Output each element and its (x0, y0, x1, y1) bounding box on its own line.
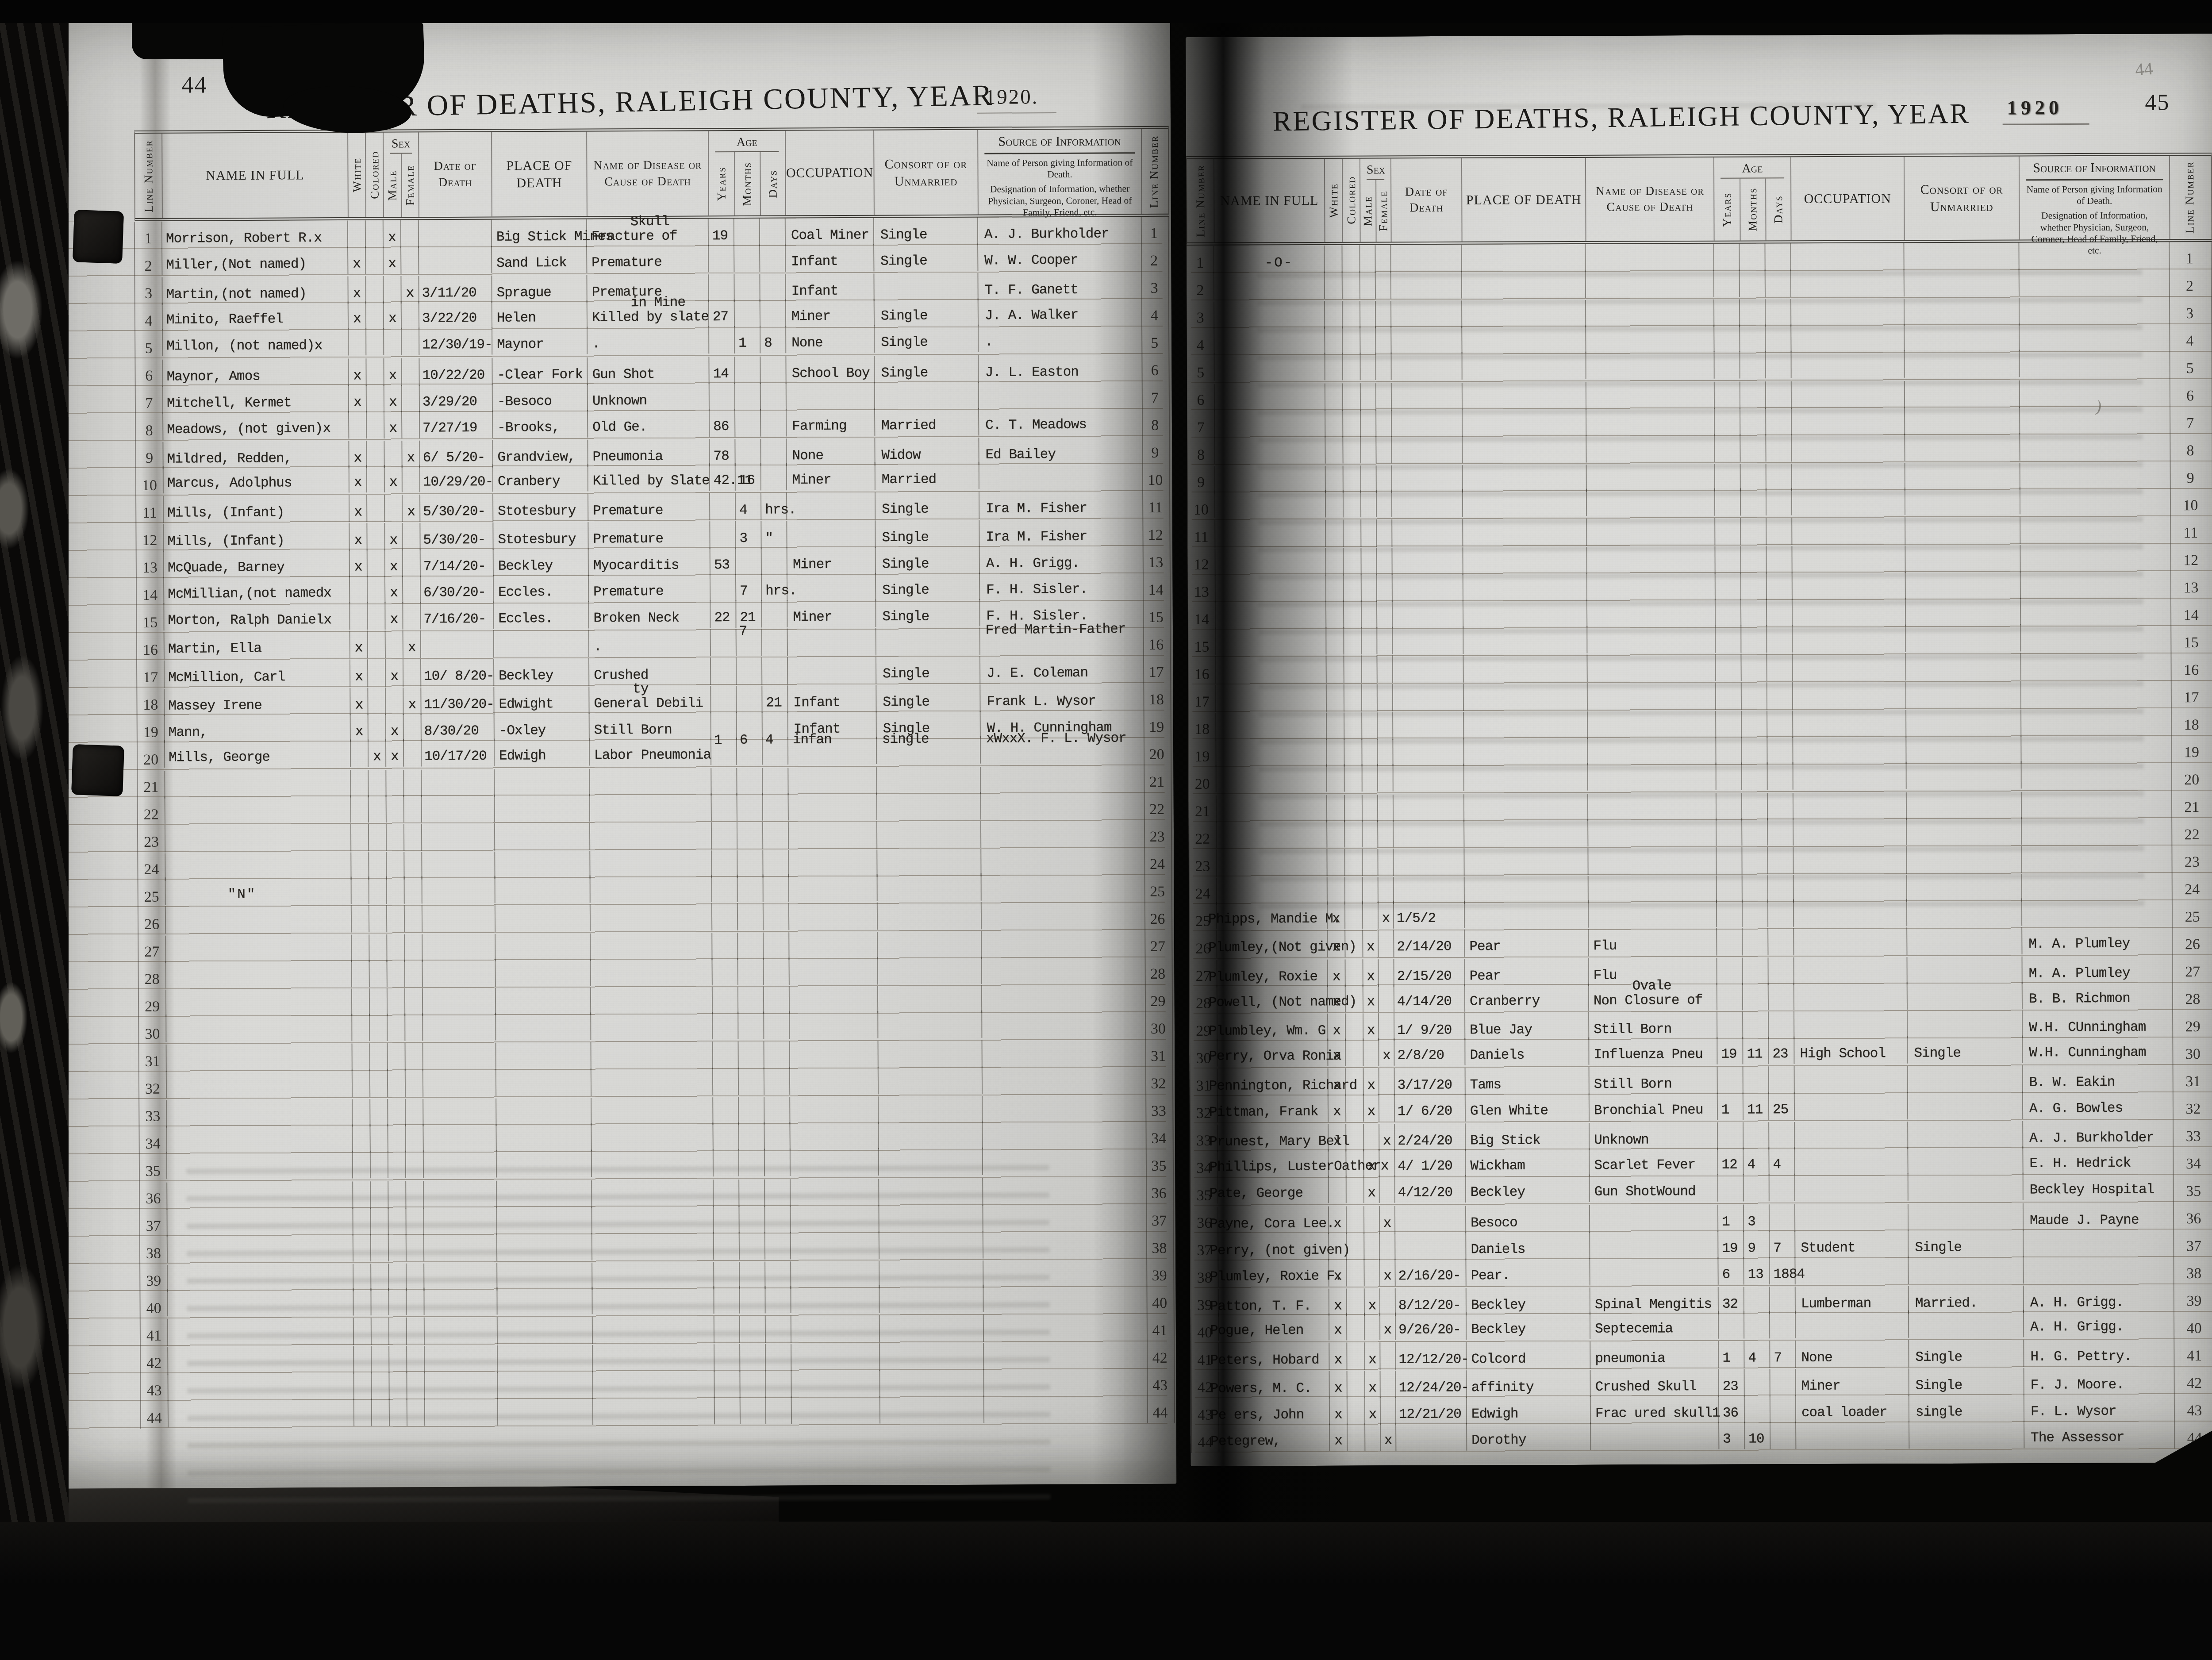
cell-consort: Single (873, 243, 977, 272)
cell-colored-mark (370, 1234, 388, 1261)
cell-male-mark: x (383, 220, 400, 248)
cell-female-mark (1376, 627, 1392, 654)
cell-date-of-death: 12/30/19- (419, 327, 492, 355)
col-occupation: OCCUPATION (1790, 157, 1904, 240)
cell-name (1214, 436, 1325, 464)
cell-place-of-death (1461, 244, 1585, 272)
cell-white-mark (1324, 271, 1342, 299)
cell-occupation (1793, 846, 1906, 874)
cell-line-number: 6 (135, 359, 162, 386)
cell-date-of-death (423, 1233, 496, 1261)
cell-age-months (734, 439, 760, 466)
cell-age-days (1770, 1422, 1795, 1449)
cell-date-of-death: 7/16/20- (420, 602, 493, 630)
cell-occupation: Infant (785, 273, 873, 301)
cell-age-years (1714, 488, 1740, 516)
cell-age-years: 1 (1717, 1092, 1743, 1120)
cell-date-of-death (424, 1398, 497, 1426)
cell-line-number: 4 (1187, 328, 1214, 356)
cell-female-mark (406, 1288, 423, 1315)
cell-date-of-death (422, 876, 495, 904)
cell-age-days (764, 1097, 789, 1124)
cell-age-months: 13 (1743, 1257, 1769, 1284)
cell-cause-of-death: Frac ured skull1 (1590, 1396, 1718, 1424)
cell-age-days (760, 409, 786, 436)
cell-consort (1904, 380, 2019, 408)
cell-age-years (710, 738, 736, 765)
cell-consort (1906, 792, 2021, 820)
cell-date-of-death (418, 246, 491, 274)
cell-age-months (1741, 711, 1767, 738)
cell-age-years (1715, 683, 1741, 710)
cell-date-of-death: 8/12/20- (1395, 1288, 1466, 1316)
cell-date-of-death (422, 1124, 495, 1152)
cell-line-number-right: 20 (2171, 763, 2212, 790)
cell-source-of-information (2019, 406, 2170, 434)
cell-cause-of-death (1586, 434, 1714, 462)
page-title: REGISTER OF DEATHS, RALEIGH COUNTY, YEAR (1272, 97, 1970, 138)
cell-male-mark: x (384, 576, 402, 603)
cell-consort (877, 1040, 981, 1068)
cell-female-mark (406, 1318, 424, 1345)
cell-age-months (736, 657, 761, 685)
cell-date-of-death: 3/22/20 (419, 301, 492, 329)
cell-cause-of-death: Septecemia (1590, 1311, 1718, 1339)
cell-age-months (736, 793, 762, 821)
cell-female-mark (403, 795, 421, 822)
cell-white-mark (351, 960, 369, 987)
cell-age-years (712, 987, 737, 1014)
cell-male-mark (387, 988, 404, 1016)
cell-date-of-death (1391, 489, 1462, 517)
cell-consort (1903, 242, 2018, 270)
cell-line-number-right: 15 (2170, 626, 2211, 653)
cell-colored-mark (1345, 1094, 1363, 1122)
table-header: Line Number NAME IN FULL White Colored S… (134, 126, 1169, 221)
cell-name: McMillian,(not namedx (163, 576, 349, 604)
col-colored: Colored (1342, 159, 1360, 242)
cell-white-mark (1326, 765, 1344, 792)
cell-cause-of-death: Premature (588, 574, 710, 602)
cell-age-years (1714, 464, 1740, 492)
cell-age-days (763, 957, 788, 985)
cell-colored-mark (1345, 1149, 1363, 1176)
register-row-41: 41Peters, Hobardxx12/12/20-Colcordpneumo… (1191, 1339, 2212, 1371)
cell-cause-of-death: Gun ShotWound (1589, 1174, 1717, 1202)
cell-white-mark (1324, 301, 1342, 328)
cell-line-number-right: 1 (1141, 216, 1166, 244)
cell-place-of-death: -Brooks, (492, 410, 587, 438)
cell-colored-mark (1343, 574, 1361, 602)
cell-colored-mark (366, 411, 384, 438)
cell-white-mark: x (349, 630, 367, 658)
cell-male-mark (1359, 301, 1375, 328)
cell-cause-of-death (590, 933, 711, 961)
col-place-of-death: PLACE OF DEATH (1461, 158, 1586, 242)
cell-colored-mark (368, 852, 386, 880)
cell-female-mark (1375, 271, 1390, 299)
cell-female-mark (406, 1372, 424, 1400)
cell-name: Mitchell, Kermet (162, 385, 348, 414)
cell-source-of-information: Ira M. Fisher (979, 519, 1142, 547)
cell-age-years (1716, 818, 1741, 845)
cell-line-number: 11 (1188, 520, 1214, 548)
cell-colored-mark (366, 385, 384, 412)
cell-white-mark: x (348, 441, 366, 468)
cell-occupation (1792, 572, 1905, 600)
cell-male-mark: x (1362, 930, 1378, 957)
cell-consort (1906, 761, 2021, 789)
cell-male-mark: x (1364, 1342, 1379, 1370)
cell-line-number-right: 8 (2170, 434, 2210, 461)
cell-white-mark (352, 1069, 369, 1097)
cell-age-years (711, 903, 737, 930)
cell-source-of-information (982, 1147, 1146, 1175)
cell-age-days (1766, 546, 1791, 573)
cell-age-years (712, 1097, 738, 1125)
cell-colored-mark (1346, 1313, 1364, 1340)
cell-consort (1907, 1121, 2022, 1149)
cell-occupation (789, 1041, 877, 1068)
cell-cause-of-death: Labor Pneumonia (589, 738, 710, 766)
col-days: Days (1765, 178, 1791, 240)
cell-date-of-death (424, 1317, 497, 1345)
cell-white-mark (1325, 600, 1343, 628)
register-row-28: 28Powell, (Not named)xx4/14/20CranberryN… (1190, 982, 2212, 1014)
cell-consort (877, 902, 981, 930)
cell-source-of-information (978, 381, 1142, 409)
cell-male-mark (387, 1099, 405, 1126)
cell-place-of-death (1463, 654, 1586, 683)
col-white: White (1324, 159, 1342, 242)
cell-colored-mark (1344, 764, 1362, 792)
cell-consort (873, 273, 977, 301)
cell-age-days (759, 274, 785, 301)
cell-colored-mark (365, 328, 383, 355)
cell-white-mark: x (1327, 930, 1344, 957)
cell-age-days (1767, 899, 1793, 927)
cell-age-days: 23 (1768, 1037, 1793, 1064)
cell-line-number: 21 (1189, 795, 1216, 822)
cell-date-of-death: 5/30/20- (419, 494, 492, 522)
cell-occupation: Miner (786, 463, 875, 491)
cell-age-months (739, 1316, 765, 1343)
cell-white-mark (1326, 849, 1344, 876)
cell-cause-of-death (1586, 546, 1714, 574)
cell-place-of-death (1461, 270, 1585, 299)
cell-white-mark (1326, 820, 1344, 847)
cell-colored-mark (369, 1099, 387, 1126)
cell-line-number-right: 33 (2173, 1119, 2212, 1147)
cell-age-months (737, 903, 763, 930)
cell-male-mark (1363, 1233, 1379, 1260)
cell-name (1214, 490, 1325, 518)
cell-consort: Single (1908, 1340, 2023, 1368)
cell-age-years (712, 1041, 738, 1069)
cell-colored-mark (1347, 1423, 1364, 1451)
cell-occupation (789, 1011, 877, 1039)
cell-male-mark (387, 1014, 404, 1041)
cell-source-of-information: A. H. Grigg. (979, 546, 1143, 574)
cell-age-months (734, 383, 760, 411)
cell-line-number-right: 16 (2170, 653, 2211, 680)
cell-line-number-right: 4 (2169, 324, 2209, 351)
cell-place-of-death (1462, 352, 1586, 380)
cell-age-months (1742, 875, 1767, 903)
cell-male-mark (1363, 1206, 1379, 1233)
cell-age-days (1767, 711, 1792, 738)
cell-white-mark (348, 411, 366, 438)
cell-colored-mark (367, 630, 385, 658)
cell-age-days (762, 768, 787, 795)
cell-name (1214, 466, 1325, 494)
cell-occupation (786, 382, 874, 410)
cell-age-months (737, 958, 763, 985)
cell-white-mark: x (1327, 1013, 1345, 1041)
cell-place-of-death: Pear. (1465, 1258, 1589, 1286)
cell-age-years (713, 1262, 739, 1289)
cell-female-mark (1377, 739, 1392, 766)
cell-line-number-right: 25 (2172, 900, 2212, 927)
cell-age-months (734, 300, 760, 327)
cell-name: Mann, (164, 715, 350, 743)
cell-name: Powell, (Not named) (1217, 984, 1327, 1013)
cell-white-mark (352, 1181, 370, 1209)
cell-place-of-death: Big Stick Mines (491, 219, 586, 247)
cell-white-mark (349, 576, 367, 603)
cell-occupation (1791, 546, 1905, 573)
cell-male-mark: x (384, 385, 401, 412)
cell-source-of-information (980, 820, 1144, 848)
cell-occupation (1791, 517, 1905, 545)
cell-place-of-death (1463, 599, 1586, 628)
cell-consort (877, 957, 981, 985)
cell-age-days (1768, 1011, 1793, 1039)
cell-place-of-death (495, 1068, 591, 1096)
cell-female-mark: x (1379, 1313, 1395, 1340)
cell-age-months (1739, 269, 1765, 297)
cell-consort: Married (875, 462, 979, 490)
cell-female-mark (1377, 764, 1393, 792)
cell-date-of-death: 5/30/20- (419, 523, 492, 550)
cell-source-of-information (2023, 1255, 2173, 1283)
cell-name: Morrison, Robert R.x (161, 221, 347, 249)
cell-female-mark (1375, 301, 1390, 328)
cell-white-mark (350, 770, 368, 797)
cell-male-mark (1362, 877, 1378, 904)
cell-white-mark (353, 1346, 371, 1373)
cell-name: Pe ers, John (1218, 1398, 1329, 1426)
cell-white-mark: x (349, 465, 366, 492)
cell-date-of-death (418, 220, 491, 248)
cell-place-of-death (497, 1317, 592, 1345)
cell-male-mark (388, 1346, 406, 1373)
cell-place-of-death (1463, 626, 1586, 654)
cell-cause-of-death: Killed by slate (587, 300, 708, 328)
cell-colored-mark (365, 276, 383, 304)
cell-name: Millon, (not named)x (162, 328, 348, 356)
cell-place-of-death (496, 1263, 591, 1291)
cell-male-mark: x (384, 549, 402, 577)
cell-date-of-death: 10/29/20- (419, 465, 492, 492)
cell-female-mark (401, 358, 419, 386)
cell-age-years (1717, 1012, 1742, 1039)
col-male: Male (384, 154, 401, 217)
cell-age-days (763, 1041, 789, 1068)
cell-line-number: 13 (137, 551, 163, 578)
cell-colored-mark: x (368, 739, 385, 767)
cell-cause-of-death (591, 1122, 712, 1151)
cell-female-mark (403, 770, 421, 797)
cell-place-of-death (494, 851, 589, 879)
cell-colored-mark (1345, 1124, 1363, 1151)
cell-cause-of-death (1586, 351, 1714, 379)
cell-age-years (1716, 958, 1742, 985)
cell-consort (1905, 710, 2020, 738)
cell-female-mark: x (1378, 1038, 1394, 1066)
cell-age-years (709, 493, 735, 520)
cell-name: Payne, Cora Lee. (1217, 1207, 1328, 1234)
cell-age-days (1769, 1204, 1794, 1232)
cell-colored-mark (371, 1346, 388, 1373)
cell-age-days: 21 (761, 685, 787, 713)
cell-place-of-death (1462, 382, 1586, 410)
cell-white-mark (351, 905, 369, 932)
cell-line-number-right: 41 (1147, 1314, 1172, 1341)
cell-female-mark (1376, 655, 1392, 683)
col-days: Days (760, 152, 785, 215)
cell-age-years (1715, 711, 1741, 738)
cell-cause-of-death (591, 1149, 713, 1177)
cell-male-mark (388, 1318, 406, 1345)
cell-occupation (788, 849, 876, 877)
cell-place-of-death: Beckley (493, 549, 588, 576)
cell-male-mark: x (383, 301, 401, 329)
cell-male-mark (386, 852, 403, 880)
cell-place-of-death: Grandview, (492, 440, 587, 468)
cell-date-of-death: 2/16/20- (1394, 1258, 1465, 1286)
cell-name: Pate, George (1217, 1176, 1328, 1204)
cell-white-mark (350, 824, 368, 851)
cell-female-mark (1379, 1068, 1394, 1095)
cell-age-years: 22 (710, 600, 735, 628)
cell-white-mark (353, 1264, 370, 1291)
cell-male-mark: x (1363, 1068, 1379, 1095)
cell-consort (1908, 1310, 2023, 1338)
cell-line-number-right: 19 (1144, 710, 1169, 738)
cell-female-mark (404, 876, 422, 904)
register-row-10: 1010 (1188, 488, 2212, 520)
cell-line-number-right: 28 (1145, 957, 1170, 984)
cell-white-mark (350, 739, 368, 767)
cell-line-number-right: 21 (2171, 790, 2212, 818)
cell-source-of-information (2021, 898, 2172, 926)
cell-line-number-right: 8 (1142, 408, 1167, 436)
cell-colored-mark (1341, 245, 1359, 273)
cell-date-of-death (1390, 271, 1461, 299)
cell-occupation (1794, 1257, 1908, 1285)
cell-age-years (1715, 626, 1740, 653)
cell-age-days (763, 932, 788, 960)
cell-female-mark (401, 385, 419, 412)
cell-consort (1906, 899, 2021, 926)
cell-age-days (1767, 875, 1793, 903)
cell-place-of-death (1462, 409, 1586, 437)
cell-age-months (1740, 351, 1765, 378)
cell-colored-mark (368, 714, 385, 742)
cell-line-number-right: 27 (2172, 955, 2212, 982)
cell-age-years: 6 (1717, 1257, 1743, 1284)
cell-date-of-death: 10/17/20 (421, 739, 494, 767)
cell-line-number: 7 (1187, 411, 1214, 438)
cell-occupation: Miner (787, 547, 875, 575)
year-entry: 1920. (977, 85, 1056, 114)
cell-female-mark (1377, 849, 1393, 876)
cell-age-days (1767, 818, 1793, 845)
cell-line-number-right: 39 (2174, 1284, 2212, 1311)
cell-male-mark (389, 1399, 407, 1426)
cell-age-days (765, 1315, 791, 1343)
cell-date-of-death: 1/ 6/20 (1394, 1094, 1465, 1122)
cell-age-years (714, 1344, 739, 1372)
cell-white-mark (1326, 712, 1344, 740)
cell-age-days (764, 1286, 790, 1313)
cell-line-number-right: 28 (2172, 982, 2212, 1010)
cell-cause-of-death: Non Closure of (1588, 983, 1717, 1011)
cell-cause-of-death (1589, 1257, 1717, 1285)
cell-consort (877, 873, 981, 901)
cell-place-of-death (497, 1397, 592, 1426)
cell-age-days: 1884 (1769, 1257, 1794, 1284)
cell-date-of-death: 4/14/20 (1394, 984, 1464, 1012)
cell-age-years (1717, 1122, 1743, 1150)
cell-occupation (786, 520, 875, 548)
cell-cause-of-death: pneumonia (1590, 1341, 1718, 1369)
cell-consort (1904, 350, 2019, 378)
cell-age-years (1716, 900, 1742, 927)
cell-occupation (1793, 762, 1906, 790)
cell-line-number: 10 (136, 469, 163, 496)
cell-date-of-death (1391, 547, 1462, 575)
cell-cause-of-death (1585, 244, 1713, 272)
cell-occupation (1791, 434, 1904, 462)
cell-cause-of-death (1590, 1422, 1718, 1450)
cell-occupation (1793, 875, 1906, 903)
cell-source-of-information (983, 1314, 1147, 1342)
cell-date-of-death (420, 630, 493, 658)
cell-line-number-right: 17 (1143, 655, 1168, 683)
cell-female-mark: x (1380, 1423, 1395, 1451)
cell-line-number: 20 (138, 743, 164, 770)
cell-line-number-right: 35 (1146, 1149, 1171, 1176)
register-row-44: 44Petegrew,xxDorothy310The Assessor44 (1192, 1421, 2212, 1453)
cell-male-mark: x (1364, 1371, 1380, 1398)
cell-cause-of-death (1586, 408, 1714, 436)
cell-name: Mildred, Redden, (162, 441, 348, 469)
cell-white-mark (1326, 795, 1344, 822)
cell-male-mark (386, 934, 404, 962)
cell-name (1215, 713, 1326, 741)
cell-date-of-death (1390, 326, 1461, 354)
cell-source-of-information (2019, 380, 2170, 407)
cell-date-of-death (421, 795, 494, 822)
cell-source-of-information: Ira M. Fisher (979, 491, 1142, 519)
cell-cause-of-death: Premature (586, 245, 708, 273)
cell-cause-of-death: . (588, 629, 710, 657)
cell-age-years (708, 326, 734, 354)
cell-female-mark: x (1378, 901, 1393, 929)
cell-consort: Single (876, 656, 979, 684)
